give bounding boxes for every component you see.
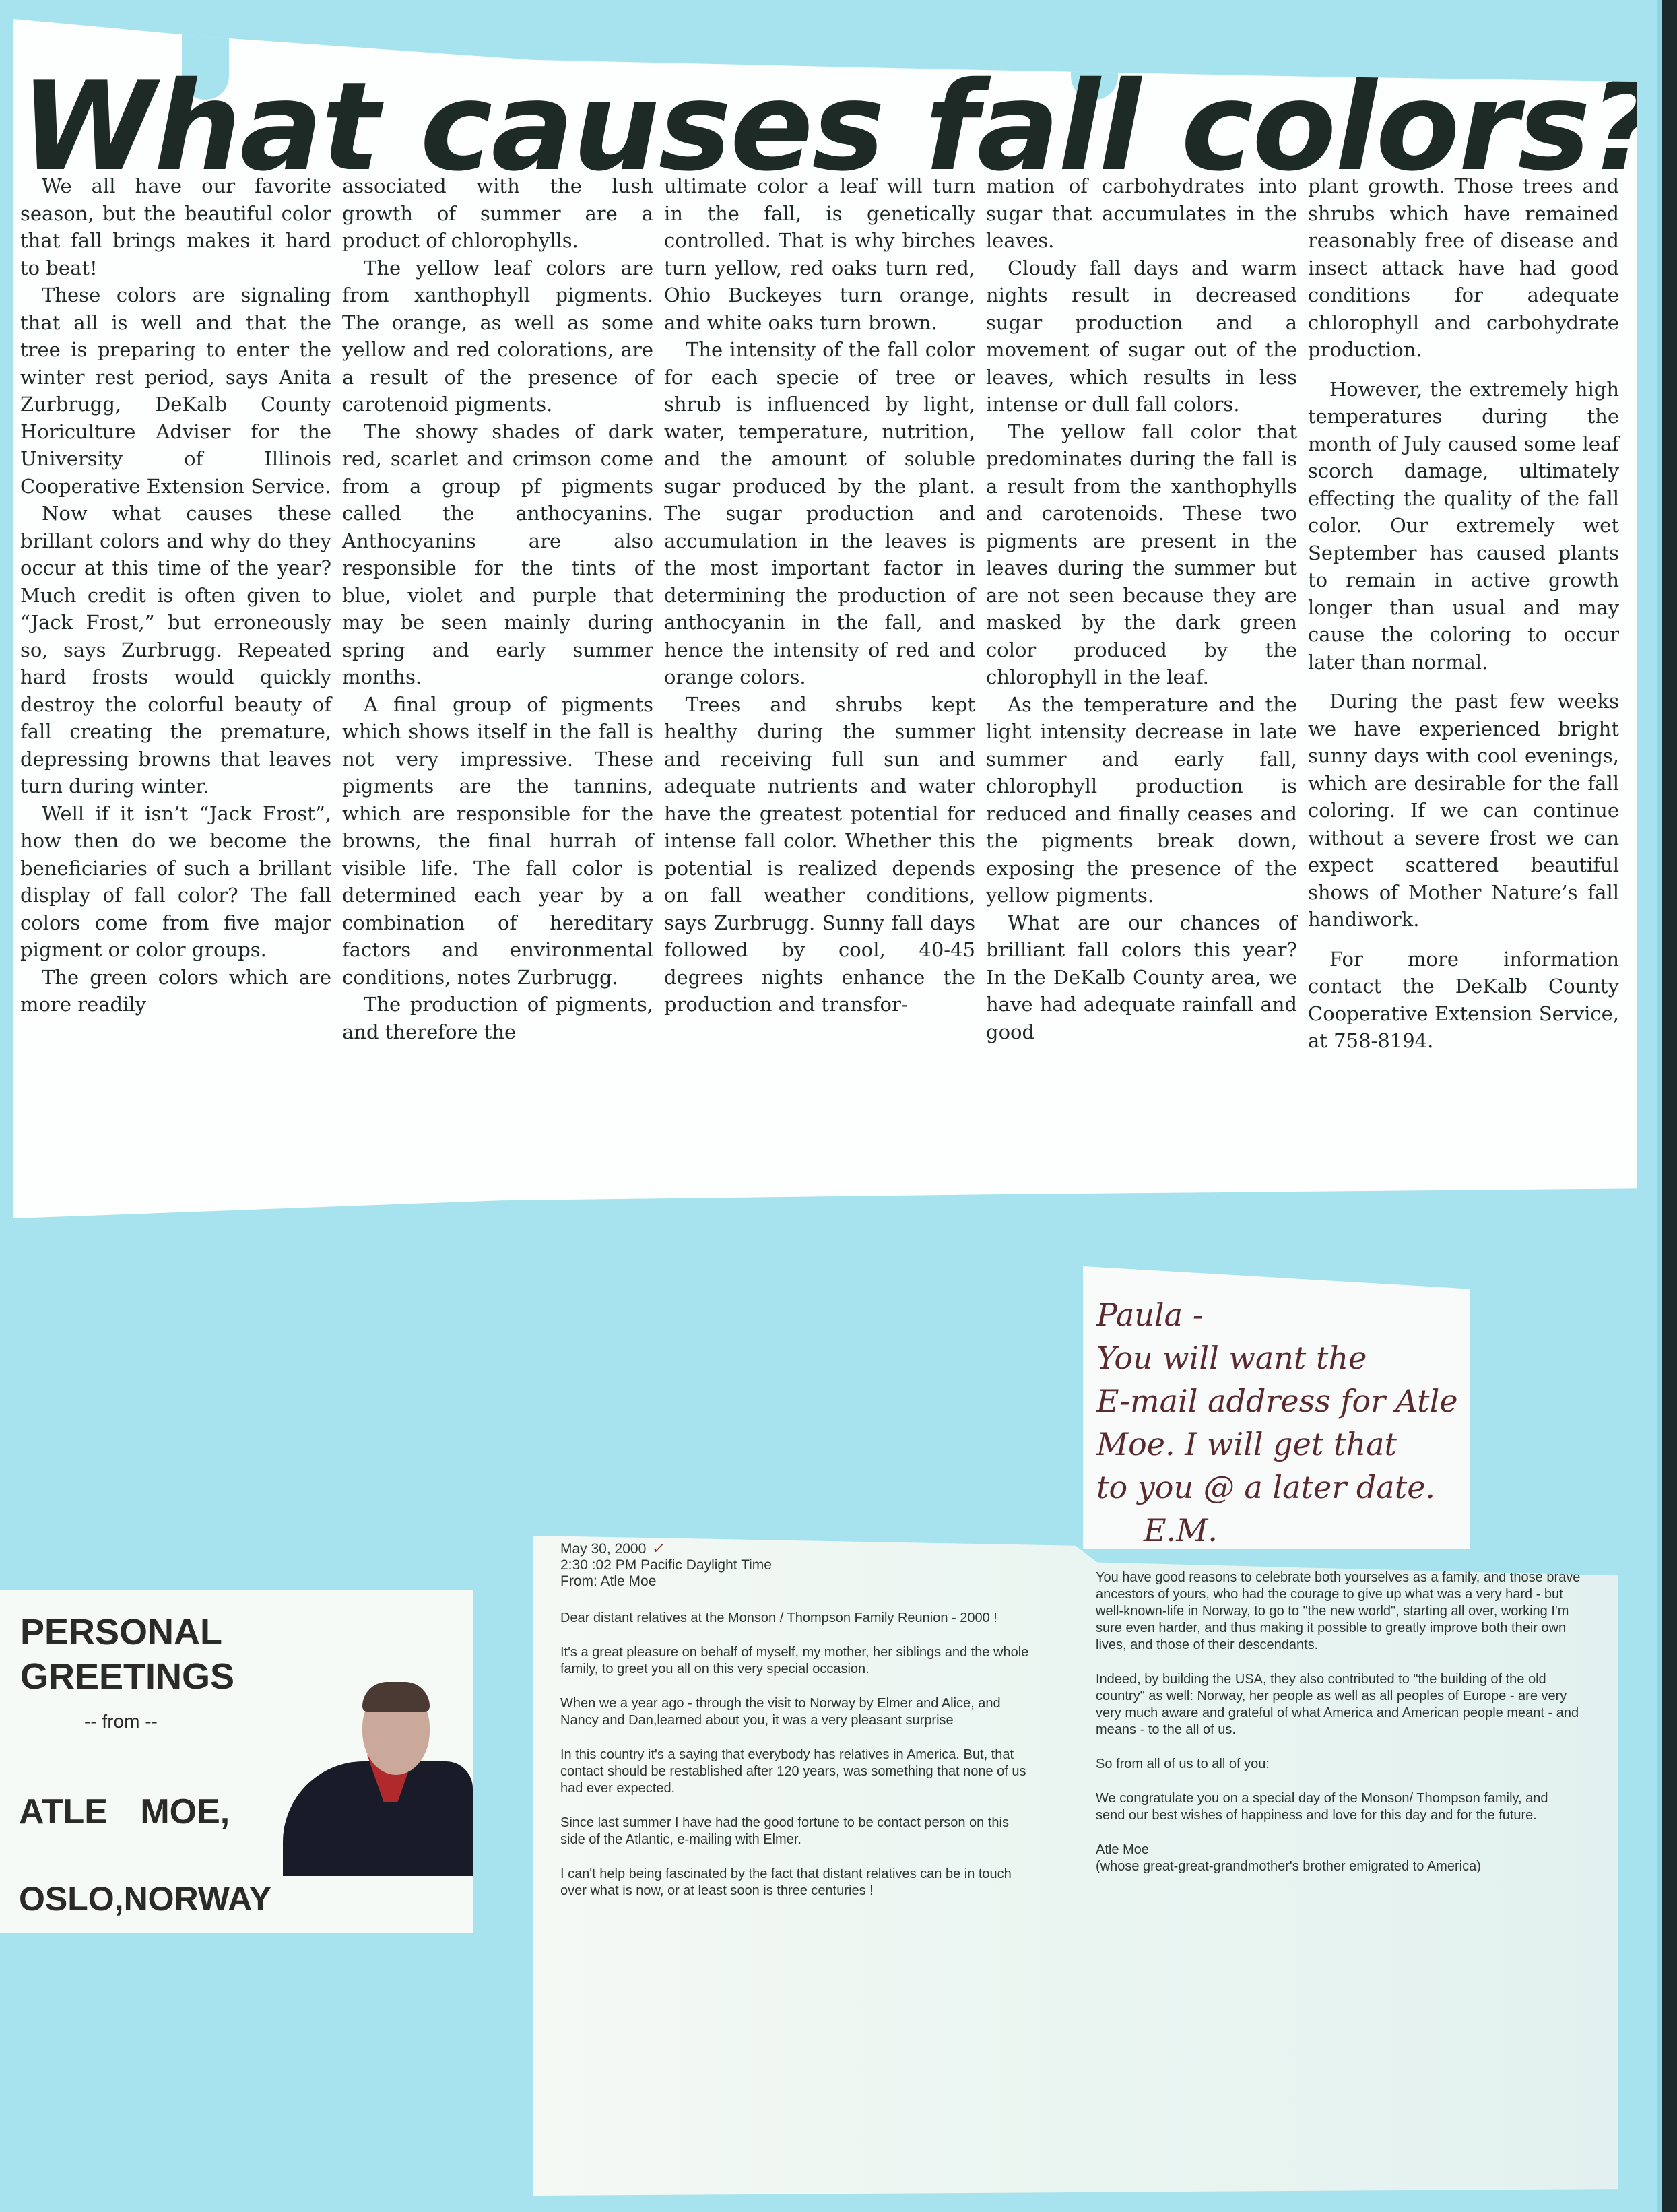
article-columns: We all have our favorite season, but the… [20, 172, 1630, 1210]
article-column-3: ultimate color a leaf will turn in the f… [664, 172, 975, 1210]
article-column-5: plant growth. Those trees and shrubs whi… [1308, 172, 1619, 1210]
article-column-1: We all have our favorite season, but the… [20, 172, 331, 1210]
paragraph: The intensity of the fall color for each… [664, 336, 975, 691]
paragraph: What are our chances of brilliant fall c… [986, 909, 1297, 1046]
letter-signature: Atle Moe [1096, 1842, 1581, 1858]
letter-paragraph: It's a great pleasure on behalf of mysel… [560, 1644, 1032, 1678]
note-line: You will want the [1096, 1336, 1470, 1379]
letter-date: May 30, 2000 [560, 1541, 646, 1557]
paragraph: For more information contact the DeKalb … [1308, 946, 1619, 1055]
paragraph: associated with the lush growth of summe… [342, 172, 653, 255]
page-edge-shadow [1657, 0, 1662, 2212]
letter-paragraph: In this country it's a saying that every… [560, 1747, 1032, 1797]
paragraph: These colors are signaling that all is w… [20, 282, 331, 500]
letter-paragraph: I can't help being fascinated by the fac… [560, 1866, 1032, 1899]
letter-paragraph: Dear distant relatives at the Monson / T… [560, 1610, 1032, 1627]
newspaper-clipping: What causes fall colors? We all have our… [13, 19, 1637, 1225]
paragraph: A final group of pigments which shows it… [342, 691, 653, 991]
paragraph: We all have our favorite season, but the… [20, 172, 331, 282]
paragraph: During the past few weeks we have experi… [1308, 688, 1619, 934]
note-signature: E.M. [1096, 1509, 1470, 1552]
letter-paragraph: So from all of us to all of you: [1096, 1756, 1581, 1773]
handwritten-note: Paula - You will want the E-mail address… [1083, 1266, 1470, 1549]
letter-paragraph: We congratulate you on a special day of … [1096, 1790, 1581, 1824]
letter-time: 2:30 :02 PM Pacific Daylight Time [560, 1557, 1032, 1573]
paragraph: ultimate color a leaf will turn in the f… [664, 172, 975, 336]
paragraph: The yellow leaf colors are from xanthoph… [342, 255, 653, 418]
paragraph: Now what causes these brillant colors an… [20, 500, 331, 800]
paragraph: mation of carbohydrates into sugar that … [986, 172, 1297, 255]
personal-greetings-card: PERSONAL GREETINGS -- from -- ATLE MOE, … [0, 1590, 473, 1933]
article-column-2: associated with the lush growth of summe… [342, 172, 653, 1210]
photo-hair [362, 1682, 430, 1712]
card-from-label: -- from -- [84, 1711, 158, 1732]
article-column-4: mation of carbohydrates into sugar that … [986, 172, 1297, 1210]
paragraph: The production of pigments, and therefor… [342, 991, 653, 1045]
paragraph: The showy shades of dark red, scarlet an… [342, 418, 653, 691]
card-title-line-2: GREETINGS [20, 1654, 234, 1699]
card-sender-location: OSLO,NORWAY [19, 1879, 271, 1918]
paragraph: plant growth. Those trees and shrubs whi… [1308, 172, 1619, 364]
note-line: to you @ a later date. [1096, 1466, 1470, 1509]
paragraph: As the temperature and the light intensi… [986, 691, 1297, 909]
portrait-photo [283, 1681, 473, 1876]
scanner-edge [1662, 0, 1677, 2212]
letter-from: From: Atle Moe [560, 1573, 1032, 1590]
paragraph: However, the extremely high temperatures… [1308, 376, 1619, 676]
note-line: Moe. I will get that [1096, 1423, 1470, 1466]
letter-paragraph: Indeed, by building the USA, they also c… [1096, 1671, 1581, 1738]
letter-paragraph: Since last summer I have had the good fo… [560, 1815, 1032, 1848]
card-title: PERSONAL GREETINGS [20, 1610, 234, 1699]
letter-signature-note: (whose great-great-grandmother's brother… [1096, 1858, 1581, 1875]
paragraph: Cloudy fall days and warm nights result … [986, 255, 1297, 418]
letter-right-column: You have good reasons to celebrate both … [1096, 1569, 1581, 1875]
note-line: Paula - [1096, 1293, 1470, 1336]
card-sender-name: ATLE MOE, [19, 1792, 230, 1832]
letter-left-column: May 30, 2000✓ 2:30 :02 PM Pacific Daylig… [560, 1541, 1032, 1917]
note-line: E-mail address for Atle [1096, 1379, 1470, 1423]
card-title-line-1: PERSONAL [20, 1610, 234, 1654]
letter-paragraph: When we a year ago - through the visit t… [560, 1695, 1032, 1729]
paragraph: Well if it isn’t “Jack Frost”, how then … [20, 800, 331, 964]
paragraph: Trees and shrubs kept healthy during the… [664, 691, 975, 1018]
printed-email-letter: May 30, 2000✓ 2:30 :02 PM Pacific Daylig… [533, 1529, 1618, 2196]
paragraph: The yellow fall color that predominates … [986, 418, 1297, 691]
letter-header: May 30, 2000✓ 2:30 :02 PM Pacific Daylig… [560, 1541, 1032, 1590]
paragraph: The green colors which are more readily [20, 964, 331, 1018]
checkmark-icon: ✓ [651, 1541, 663, 1557]
letter-paragraph: You have good reasons to celebrate both … [1096, 1569, 1581, 1654]
